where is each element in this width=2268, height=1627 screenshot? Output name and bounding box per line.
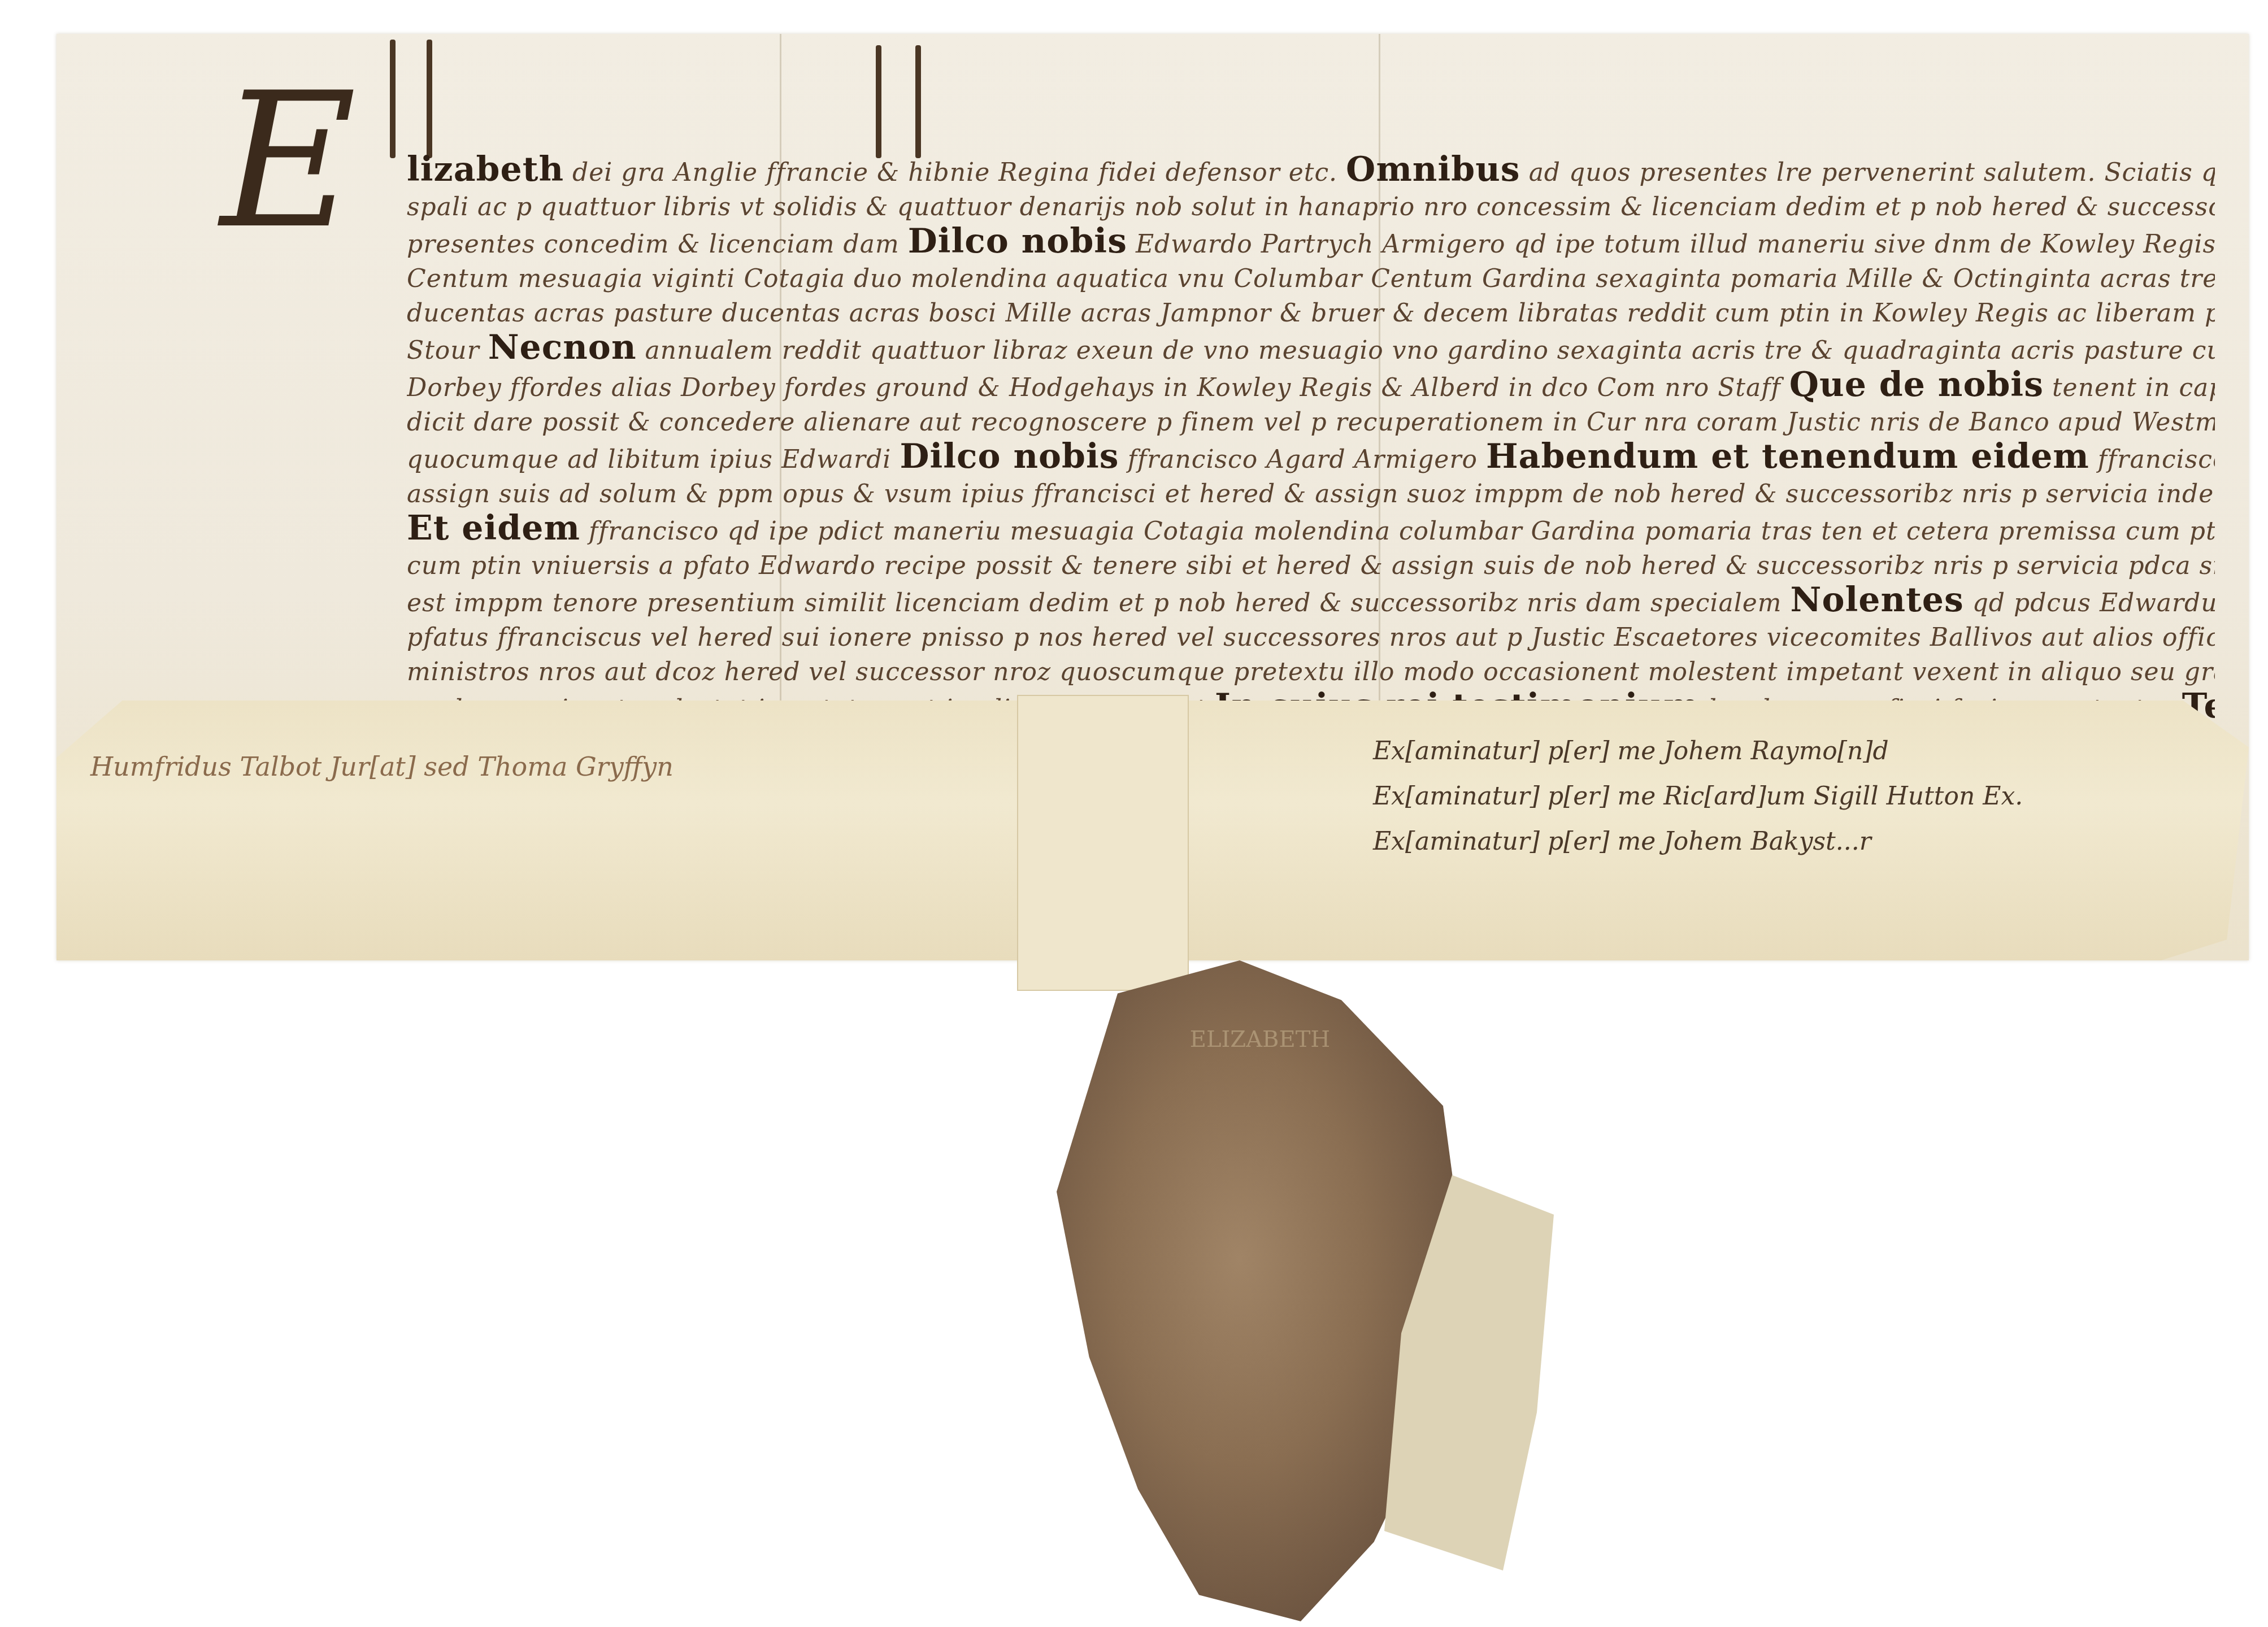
text-line-11: Et eidem ffrancisco qd ipe pdict maneriu…	[407, 511, 2215, 549]
text-line-6: Stour Necnon annualem reddit quattuor li…	[407, 330, 2215, 368]
seal-tag-strip	[1017, 695, 1189, 991]
charter-text: E lizabeth dei gra Anglie ffrancie & hib…	[407, 68, 2215, 761]
examiner-signature: Ex[aminatur] p[er] me Johem Raymo[n]d	[1373, 729, 2023, 774]
text-line-4: Centum mesuagia viginti Cotagia duo mole…	[407, 262, 2215, 296]
examiner-signature: Ex[aminatur] p[er] me Johem Bakyst...r	[1373, 819, 2023, 864]
text-line-2: spali ac p quattuor libris vt solidis & …	[407, 190, 2215, 224]
ascender-flourish	[390, 40, 396, 158]
illuminated-initial: E	[220, 68, 357, 254]
text-line-9: quocumque ad libitum ipius Edwardi Dilco…	[407, 440, 2215, 477]
turnup-note-left: Humfridus Talbot Jur[at] sed Thoma Gryff…	[90, 751, 674, 782]
seal-legend: ELIZABETH	[1190, 1026, 1330, 1052]
text-line-5: ducentas acras pasture ducentas acras bo…	[407, 296, 2215, 330]
text-line-15: ministros nros aut dcoz hered vel succes…	[407, 655, 2215, 689]
text-line-10: assign suis ad solum & ppm opus & vsum i…	[407, 477, 2215, 511]
text-line-3: presentes concedim & licenciam dam Dilco…	[407, 224, 2215, 262]
text-line-12: cum ptin vniuersis a pfato Edwardo recip…	[407, 549, 2215, 583]
text-line-14: pfatus ffranciscus vel hered sui ionere …	[407, 620, 2215, 655]
text-line-7: Dorbey ffordes alias Dorbey fordes groun…	[407, 368, 2215, 405]
text-line-13: est imppm tenore presentium similit lice…	[407, 583, 2215, 620]
text-line-8: dicit dare possit & concedere alienare a…	[407, 405, 2215, 440]
text-line-1: lizabeth dei gra Anglie ffrancie & hibni…	[407, 153, 2215, 190]
examiner-signatures: Ex[aminatur] p[er] me Johem Raymo[n]d Ex…	[1373, 729, 2023, 864]
examiner-signature: Ex[aminatur] p[er] me Ric[ard]um Sigill …	[1373, 774, 2023, 819]
